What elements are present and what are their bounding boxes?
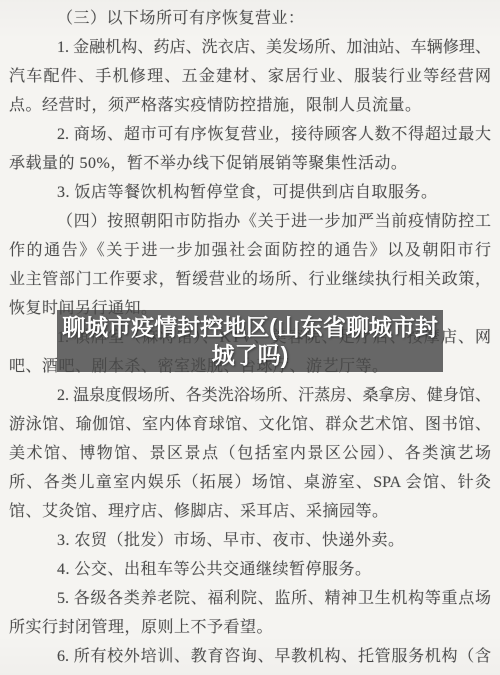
text-line: 作的通告》《关于进一步加强社会面防控的通告》以及朝阳市行 [9, 236, 491, 265]
text-line: 游泳馆、瑜伽馆、室内体育球馆、文化馆、群众艺术馆、图书馆、 [9, 410, 491, 439]
text-line: 所、各类儿童室内娱乐（拓展）场馆、桌游室、SPA 会馆、针灸 [9, 468, 491, 497]
overlay-title-line1: 聊城市疫情封控地区(山东省聊城市封 [62, 313, 438, 341]
text-line: （四）按照朝阳市防指办《关于进一步加严当前疫情防控工 [9, 207, 491, 236]
text-line: （三）以下场所可有序恢复营业： [9, 4, 491, 33]
text-line: 业主管部门工作要求，暂缓营业的场所、行业继续执行相关政策， [9, 265, 491, 294]
text-line: 所实行封闭管理，原则上不予看望。 [9, 613, 491, 642]
text-line: 馆、艾灸馆、理疗店、修脚店、采耳店、采摘园等。 [9, 497, 491, 526]
scanned-notice-page: （三）以下场所可有序恢复营业： 1. 金融机构、药店、洗衣店、美发场所、加油站、… [0, 0, 500, 675]
text-line: 点。经营时，须严格落实疫情防控措施，限制人员流量。 [9, 91, 491, 120]
text-line: 4. 公交、出租车等公共交通继续暂停服务。 [9, 555, 491, 584]
text-line: 3. 农贸（批发）市场、早市、夜市、快递外卖。 [9, 526, 491, 555]
text-line: 汽车配件、手机修理、五金建材、家居行业、服装行业等经营网 [9, 62, 491, 91]
text-line: 2. 温泉度假场所、各类洗浴场所、汗蒸房、桑拿房、健身馆、 [9, 381, 491, 410]
text-line: 6. 所有校外培训、教育咨询、早教机构、托管服务机构（含 [9, 642, 491, 671]
overlay-title-line2: 城了吗) [212, 341, 289, 369]
text-line: 3. 饭店等餐饮机构暂停堂食，可提供到店自取服务。 [9, 178, 491, 207]
text-line: 承载量的 50%，暂不举办线下促销展销等聚集性活动。 [9, 149, 491, 178]
title-overlay: 聊城市疫情封控地区(山东省聊城市封 城了吗) [57, 310, 443, 372]
text-line: 2. 商场、超市可有序恢复营业，接待顾客人数不得超过最大 [9, 120, 491, 149]
text-line: 美术馆、博物馆、景区景点（包括室内景区公园）、各类演艺场 [9, 439, 491, 468]
text-line: 5. 各级各类养老院、福利院、监所、精神卫生机构等重点场 [9, 584, 491, 613]
text-line: 1. 金融机构、药店、洗衣店、美发场所、加油站、车辆修理、 [9, 33, 491, 62]
